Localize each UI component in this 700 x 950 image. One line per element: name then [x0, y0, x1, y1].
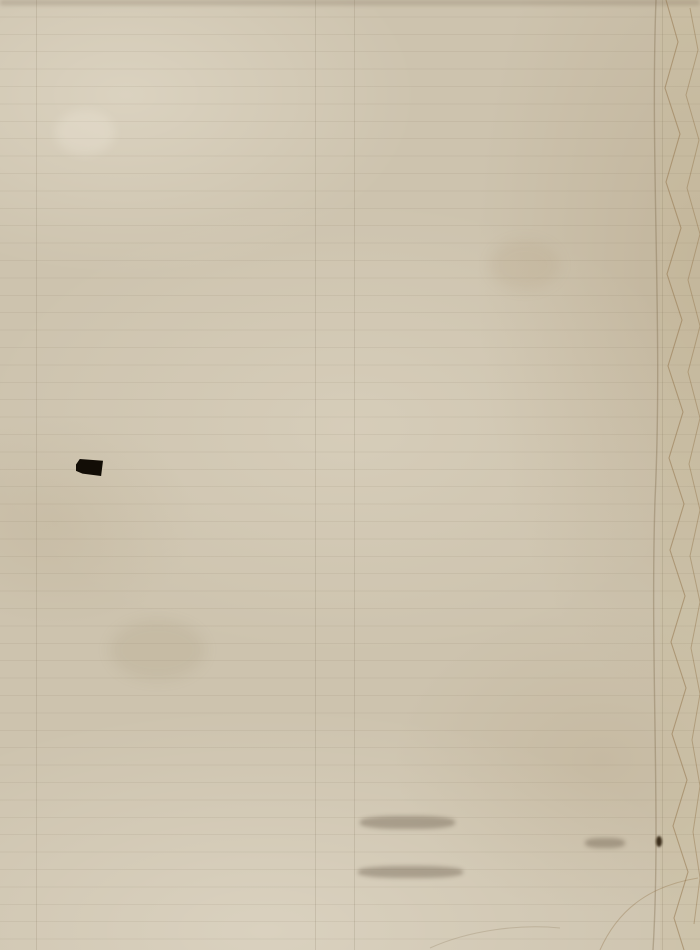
stain: [55, 110, 115, 155]
ink-blot: [76, 459, 103, 476]
ruling-overlay: [0, 0, 700, 950]
manuscript-page: [0, 0, 700, 950]
vertical-ruling-line: [36, 0, 37, 950]
stain: [490, 240, 560, 290]
vertical-ruling-line: [662, 0, 663, 950]
top-edge-shadow: [0, 0, 700, 5]
vertical-ruling-line: [354, 0, 355, 950]
ink-smudge: [360, 816, 455, 829]
stain: [110, 620, 205, 680]
vertical-ruling-line: [315, 0, 316, 950]
ink-smudge: [585, 838, 625, 848]
dark-spot: [656, 836, 662, 847]
ink-smudge: [358, 866, 463, 878]
parchment-edge-band: [660, 0, 700, 950]
parchment-crease-lines: [0, 0, 700, 950]
